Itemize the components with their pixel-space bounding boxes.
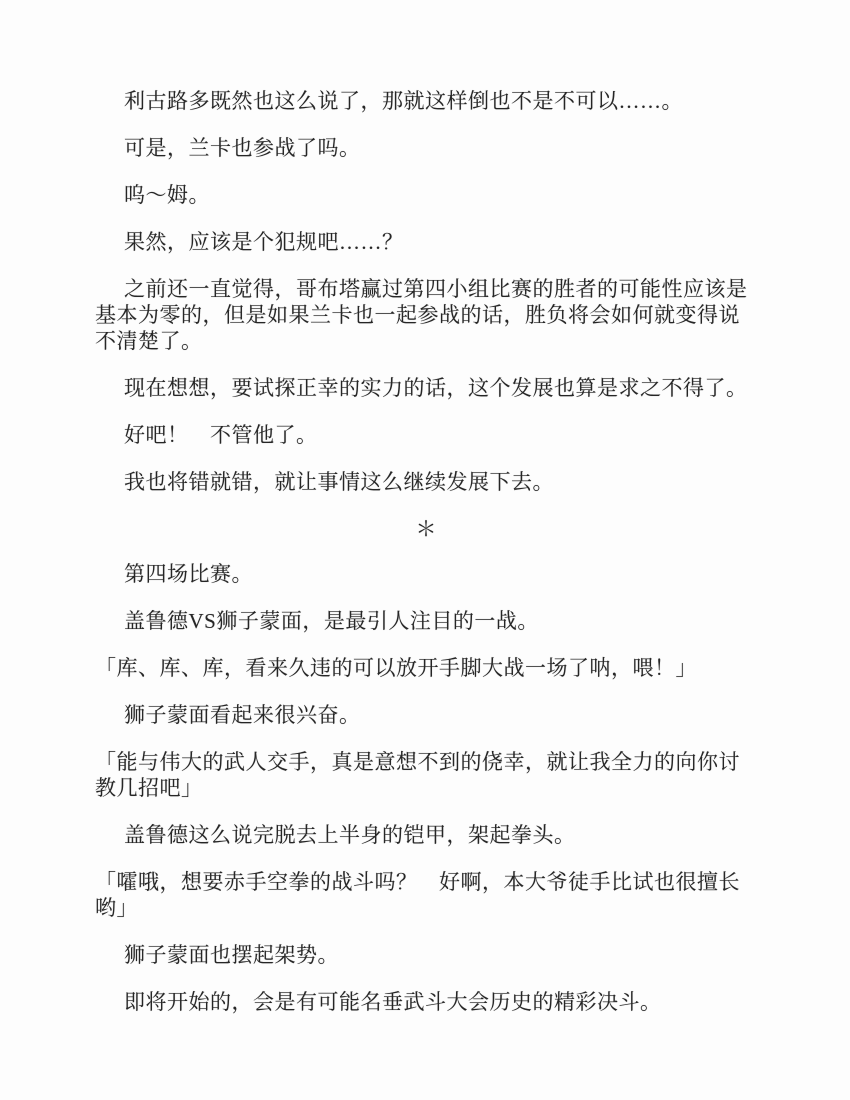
narration-paragraph: 现在想想，要试探正幸的实力的话，这个发展也算是求之不得了。 bbox=[95, 375, 757, 401]
dialogue-paragraph: 「库、库、库，看来久违的可以放开手脚大战一场了呐，喂！」 bbox=[95, 655, 757, 681]
narration-paragraph: 狮子蒙面也摆起架势。 bbox=[95, 942, 757, 968]
narration-paragraph: 即将开始的，会是有可能名垂武斗大会历史的精彩决斗。 bbox=[95, 989, 757, 1015]
narration-paragraph: 之前还一直觉得，哥布塔赢过第四小组比赛的胜者的可能性应该是基本为零的，但是如果兰… bbox=[95, 276, 757, 354]
section-separator: ＊ bbox=[95, 516, 757, 542]
novel-page: 利古路多既然也这么说了，那就这样倒也不是不可以……。 可是，兰卡也参战了吗。 呜… bbox=[0, 0, 850, 1100]
narration-paragraph: 可是，兰卡也参战了吗。 bbox=[95, 135, 757, 161]
narration-paragraph: 盖鲁德这么说完脱去上半身的铠甲，架起拳头。 bbox=[95, 822, 757, 848]
narration-paragraph: 第四场比赛。 bbox=[95, 561, 757, 587]
narration-paragraph: 盖鲁德VS狮子蒙面，是最引人注目的一战。 bbox=[95, 608, 757, 634]
dialogue-paragraph: 「嚯哦，想要赤手空拳的战斗吗？ 好啊，本大爷徒手比试也很擅长哟」 bbox=[95, 869, 757, 921]
dialogue-paragraph: 「能与伟大的武人交手，真是意想不到的侥幸，就让我全力的向你讨教几招吧」 bbox=[95, 749, 757, 801]
narration-paragraph: 好吧！ 不管他了。 bbox=[95, 422, 757, 448]
narration-paragraph: 呜～姆。 bbox=[95, 182, 757, 208]
narration-paragraph: 狮子蒙面看起来很兴奋。 bbox=[95, 702, 757, 728]
narration-paragraph: 利古路多既然也这么说了，那就这样倒也不是不可以……。 bbox=[95, 88, 757, 114]
narration-paragraph: 我也将错就错，就让事情这么继续发展下去。 bbox=[95, 469, 757, 495]
page-text: 利古路多既然也这么说了，那就这样倒也不是不可以……。 可是，兰卡也参战了吗。 呜… bbox=[95, 88, 757, 1015]
narration-paragraph: 果然，应该是个犯规吧……？ bbox=[95, 229, 757, 255]
